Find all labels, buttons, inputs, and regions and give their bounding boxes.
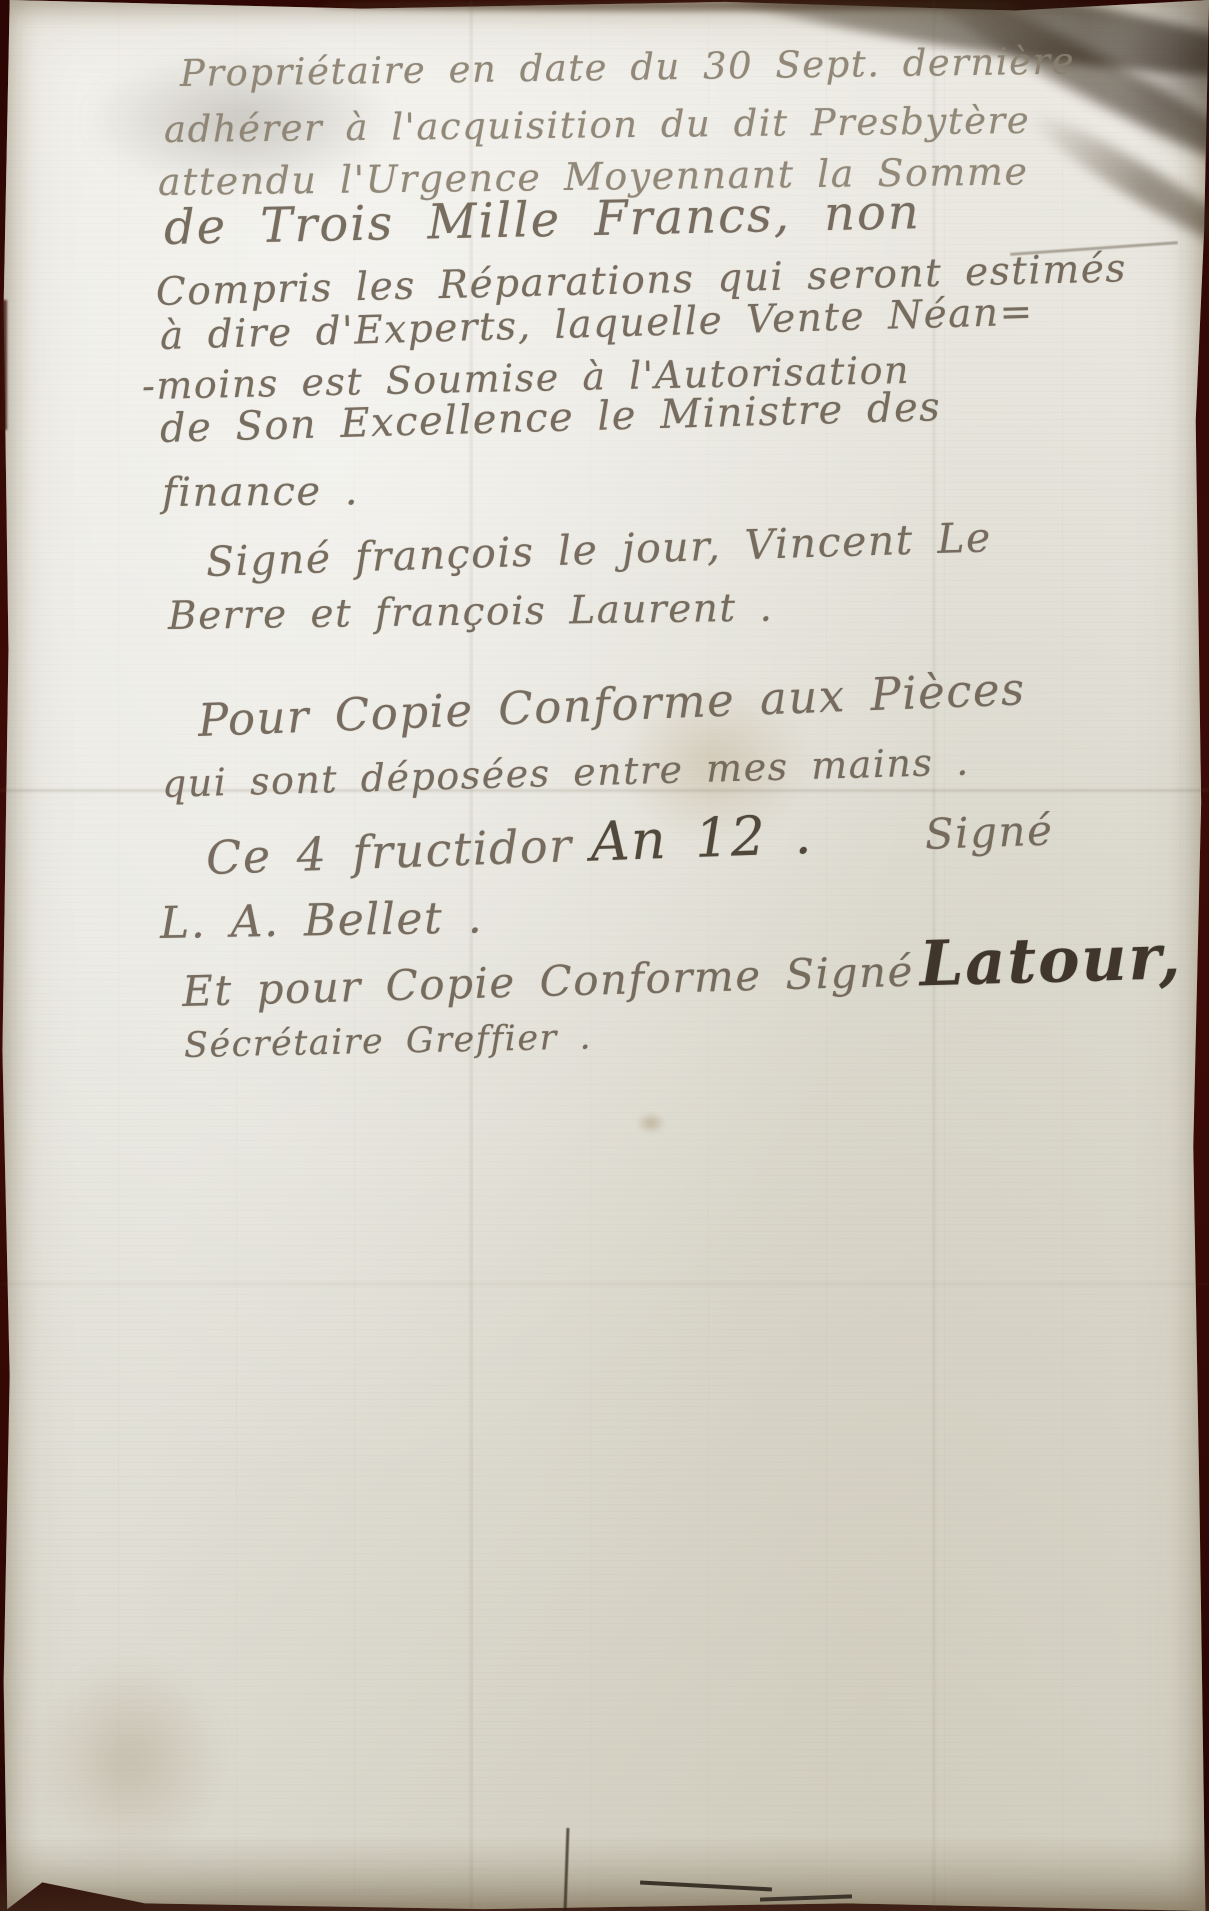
manuscript-line: Berre et françois Laurent . xyxy=(168,586,774,639)
manuscript-photo: Propriétaire en date du 30 Sept. dernièr… xyxy=(0,0,1209,1911)
manuscript-line: Sécrétaire Greffier . xyxy=(184,1017,593,1066)
line-text: Sécrétaire Greffier . xyxy=(184,1017,593,1066)
date-prefix: Ce 4 fructidor xyxy=(205,818,573,885)
line-text: adhérer à l'acquisition du dit Presbytèr… xyxy=(164,99,1031,151)
date-year: An 12 . xyxy=(589,803,814,874)
latour-signature: Latour, xyxy=(919,920,1184,1000)
manuscript-line: finance . xyxy=(162,468,359,516)
line-text: Berre et françois Laurent . xyxy=(168,586,774,639)
date-signe: Signé xyxy=(924,805,1054,858)
line-text: finance . xyxy=(162,468,359,516)
manuscript-line: adhérer à l'acquisition du dit Presbytèr… xyxy=(164,99,1031,151)
